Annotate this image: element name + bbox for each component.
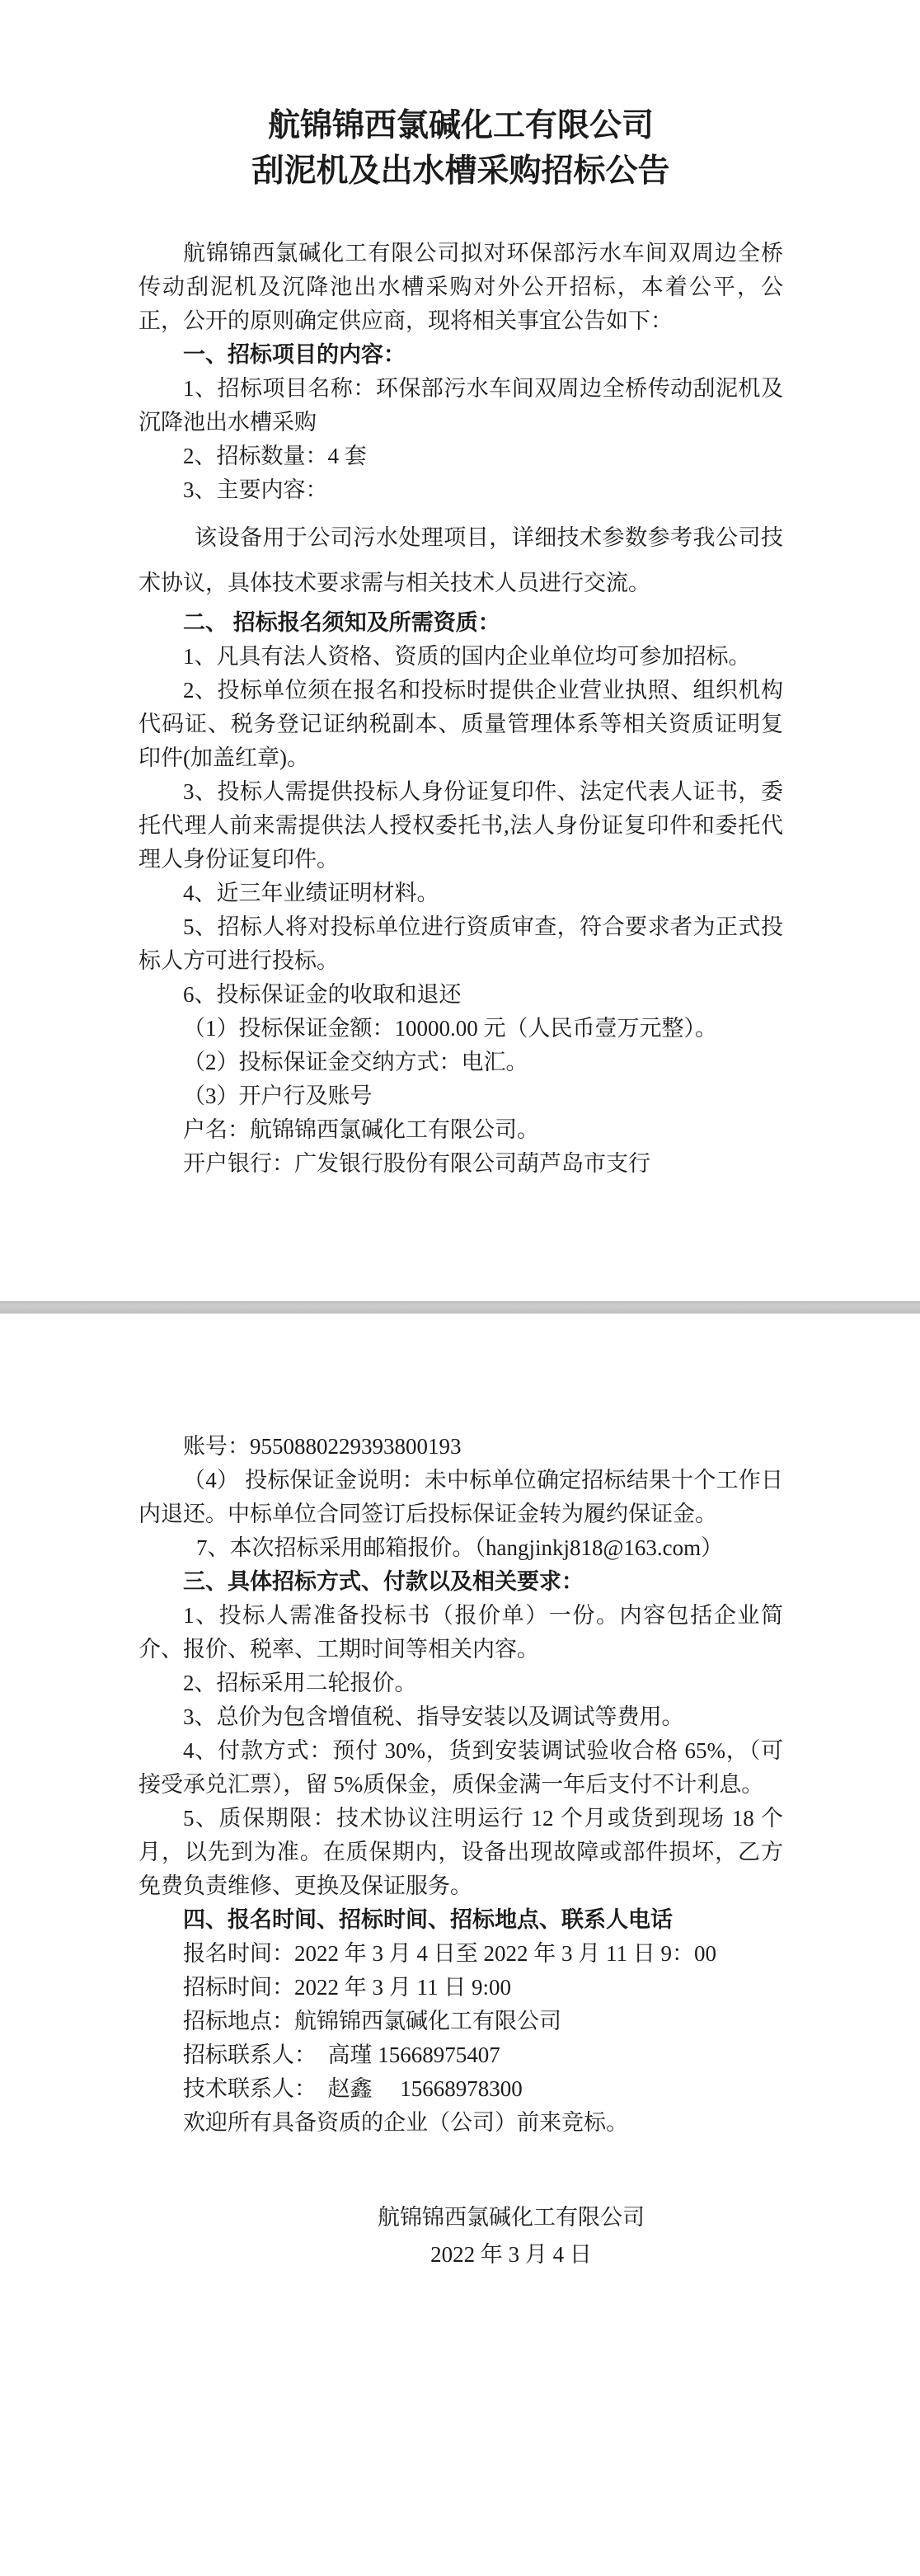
section-2-item-5: 5、招标人将对投标单位进行资质审查，符合要求者为正式投标人方可进行投标。 (138, 910, 783, 978)
section-4-heading: 四、报名时间、招标时间、招标地点、联系人电话 (138, 1903, 783, 1937)
section-3-heading: 三、具体招标方式、付款以及相关要求： (138, 1565, 783, 1599)
section-1-description: 该设备用于公司污水处理项目，详细技术参数参考我公司技术协议，具体技术要求需与相关… (138, 515, 783, 606)
bank-account-heading-line: （3）开户行及账号 (138, 1079, 783, 1113)
page-2: 账号：9550880229393800193（4） 投标保证金说明：未中标单位确… (0, 1314, 920, 2576)
section-2-heading: 二、 招标报名须知及所需资质： (138, 606, 783, 640)
bid-location-line: 招标地点：航锦锦西氯碱化工有限公司 (138, 2005, 783, 2038)
tech-contact-line: 技术联系人： 赵鑫 15668978300 (138, 2072, 783, 2106)
signature-date: 2022 年 3 月 4 日 (363, 2236, 659, 2273)
email-quote-line: 7、本次招标采用邮箱报价。（hangjinkj818@163.com） (138, 1531, 783, 1565)
document-title-line-2: 刮泥机及出水槽采购招标公告 (138, 148, 783, 194)
page-2-content: 账号：9550880229393800193（4） 投标保证金说明：未中标单位确… (138, 1430, 783, 2140)
document: 航锦锦西氯碱化工有限公司 刮泥机及出水槽采购招标公告 航锦锦西氯碱化工有限公司拟… (0, 0, 920, 2576)
section-1-item-2: 2、招标数量：4 套 (138, 440, 783, 473)
section-3-item-1: 1、投标人需准备投标书（报价单）一份。内容包括企业简介、报价、税率、工期时间等相… (138, 1599, 783, 1666)
page-1: 航锦锦西氯碱化工有限公司 刮泥机及出水槽采购招标公告 航锦锦西氯碱化工有限公司拟… (0, 0, 920, 1301)
section-3-item-2: 2、招标采用二轮报价。 (138, 1666, 783, 1700)
section-1-item-3: 3、主要内容： (138, 473, 783, 507)
section-2-item-2: 2、投标单位须在报名和投标时提供企业营业执照、组织机构代码证、税务登记证纳税副本… (138, 674, 783, 775)
welcome-line: 欢迎所有具备资质的企业（公司）前来竞标。 (138, 2106, 783, 2140)
section-1-item-1: 1、招标项目名称：环保部污水车间双周边全桥传动刮泥机及沉降池出水槽采购 (138, 372, 783, 440)
bid-contact-line: 招标联系人： 高瑾 15668975407 (138, 2038, 783, 2072)
section-2-item-6: 6、投标保证金的收取和退还 (138, 978, 783, 1012)
signup-time-line: 报名时间：2022 年 3 月 4 日至 2022 年 3 月 11 日 9：0… (138, 1937, 783, 1971)
deposit-note-line: （4） 投标保证金说明：未中标单位确定招标结果十个工作日内退还。中标单位合同签订… (138, 1464, 783, 1531)
section-2-item-4: 4、近三年业绩证明材料。 (138, 877, 783, 910)
section-2-item-1: 1、凡具有法人资格、资质的国内企业单位均可参加招标。 (138, 640, 783, 674)
intro-paragraph: 航锦锦西氯碱化工有限公司拟对环保部污水车间双周边全桥传动刮泥机及沉降池出水槽采购… (138, 237, 783, 338)
page-separator (0, 1301, 920, 1314)
section-3-item-3: 3、总价为包含增值税、指导安装以及调试等费用。 (138, 1700, 783, 1734)
deposit-amount-line: （1）投标保证金额：10000.00 元（人民币壹万元整）。 (138, 1012, 783, 1046)
page-1-content: 航锦锦西氯碱化工有限公司拟对环保部污水车间双周边全桥传动刮泥机及沉降池出水槽采购… (138, 237, 783, 1181)
bank-name-line: 开户银行：广发银行股份有限公司葫芦岛市支行 (138, 1147, 783, 1181)
section-3-item-4: 4、付款方式：预付 30%，货到安装调试验收合格 65%，（可接受承兑汇票），留… (138, 1734, 783, 1802)
deposit-method-line: （2）投标保证金交纳方式：电汇。 (138, 1046, 783, 1079)
section-1-heading: 一、招标项目的内容： (138, 338, 783, 372)
signature-company: 航锦锦西氯碱化工有限公司 (363, 2199, 659, 2236)
bid-time-line: 招标时间：2022 年 3 月 11 日 9:00 (138, 1971, 783, 2005)
document-title-line-1: 航锦锦西氯碱化工有限公司 (138, 103, 783, 148)
account-holder-line: 户名：航锦锦西氯碱化工有限公司。 (138, 1113, 783, 1147)
account-number-line: 账号：9550880229393800193 (138, 1430, 783, 1464)
signature-block: 航锦锦西氯碱化工有限公司 2022 年 3 月 4 日 (363, 2199, 659, 2273)
section-3-item-5: 5、质保期限：技术协议注明运行 12 个月或货到现场 18 个月，以先到为准。在… (138, 1802, 783, 1903)
section-2-item-3: 3、投标人需提供投标人身份证复印件、法定代表人证书，委托代理人前来需提供法人授权… (138, 775, 783, 877)
